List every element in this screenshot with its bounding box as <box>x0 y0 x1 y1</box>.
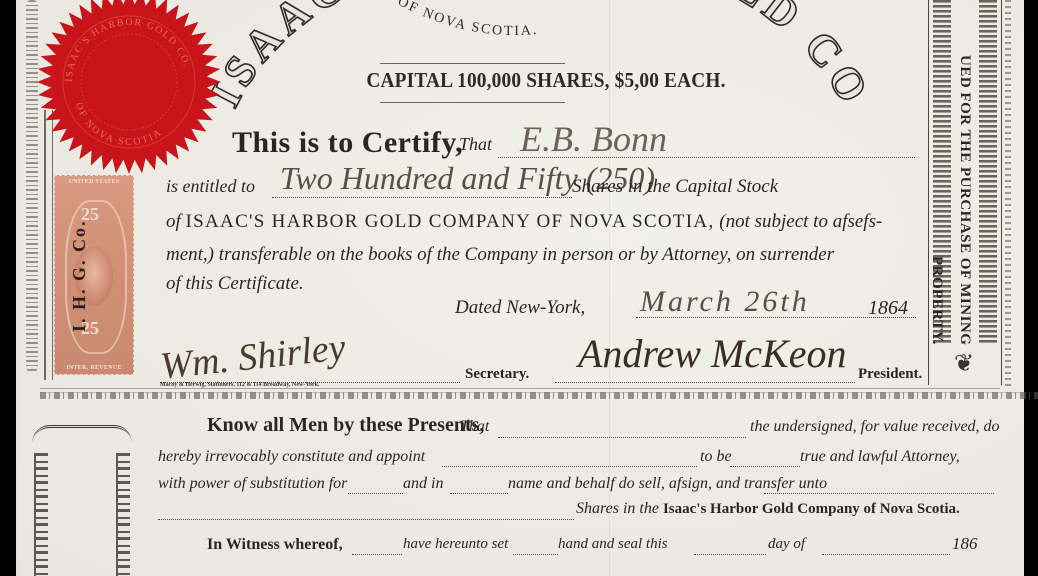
hereunto-text: have hereunto set <box>403 536 508 553</box>
pronoun-line <box>513 553 558 555</box>
pronoun-line <box>348 492 403 494</box>
capital-rule-top <box>380 63 565 64</box>
president-signature: Andrew McKeon <box>578 330 846 377</box>
holder-name: E.B. Bonn <box>520 118 667 160</box>
title-arc-graphic: ISAAC'S HARBOR GOLD CO. OF NOVA SCOTIA. <box>215 0 865 130</box>
president-label: President. <box>858 366 922 383</box>
date-written: March 26th <box>640 285 810 319</box>
stamp-bottom-text: INTER. REVENUE <box>59 365 129 371</box>
lawful-attorney-text: true and lawful Attorney, <box>800 448 960 466</box>
scroll-frame-column <box>116 453 130 576</box>
issue-year: 1864 <box>868 297 908 320</box>
scroll-frame-column <box>34 453 48 576</box>
capital-heading: CAPITAL 100,000 SHARES, $5,00 EACH. <box>334 68 757 93</box>
that-label: That <box>459 134 492 155</box>
attorney-name-line <box>442 465 697 467</box>
pronoun-line <box>730 465 800 467</box>
pronoun-line <box>352 553 402 555</box>
shares-in-line: Shares in the Isaac's Harbor Gold Compan… <box>576 500 960 518</box>
andin-text: and in <box>403 475 443 493</box>
chain-divider <box>40 392 1038 399</box>
svg-text:OF NOVA SCOTIA.: OF NOVA SCOTIA. <box>395 0 539 39</box>
power-text: with power of substitution for <box>158 475 347 493</box>
day-of-text: day of <box>768 536 805 553</box>
certify-heading: This is to Certify, <box>232 126 463 160</box>
certificate-text: of this Certificate. <box>166 273 304 295</box>
know-heading: Know all Men by these Presents, <box>207 414 484 437</box>
title-main-text: ISAAC'S HARBOR GOLD CO. <box>200 0 880 116</box>
seal-graphic: ISAAC'S HARBOR GOLD CO. OF NOVA SCOTIA <box>22 0 236 174</box>
side-panel: UED FOR THE PURCHASE OF MINING PROPERTY.… <box>928 0 1002 385</box>
hand-seal-text: hand and seal this <box>558 536 668 553</box>
company-name: ISAAC'S HARBOR GOLD COMPANY OF NOVA SCOT… <box>186 211 715 232</box>
name-behalf-text: name and behalf do sell, afsign, and tra… <box>508 475 827 493</box>
side-ornament-strip <box>979 0 997 345</box>
company-title: ISAAC'S HARBOR GOLD CO. OF NOVA SCOTIA. <box>215 0 865 130</box>
svg-text:ISAAC'S HARBOR GOLD CO.: ISAAC'S HARBOR GOLD CO. <box>200 0 880 116</box>
transfer-that-label: That <box>460 418 489 436</box>
year-prefix: 186 <box>952 534 978 554</box>
assessment-text: (not subject to afsefs- <box>719 211 882 232</box>
shares-suffix: Shares in the Capital Stock <box>572 176 778 198</box>
company-prefix: of <box>166 211 181 232</box>
entitled-label: is entitled to <box>166 176 255 197</box>
capital-rule-bottom <box>380 102 565 103</box>
share-count-line <box>158 518 574 520</box>
scroll-ornament-icon: ❦ <box>935 348 993 380</box>
month-line <box>822 553 950 555</box>
tobe-text: to be <box>700 448 732 466</box>
company-gothic: Isaac's Harbor Gold Company of Nova Scot… <box>663 501 960 517</box>
corporate-seal: ISAAC'S HARBOR GOLD CO. OF NOVA SCOTIA <box>22 0 236 174</box>
stamp-cancellation: I. H. G. Co. <box>69 196 95 356</box>
secretary-label: Secretary. <box>465 366 529 383</box>
right-chain-border <box>1005 0 1011 390</box>
transfer-text: ment,) transferable on the books of the … <box>166 244 834 266</box>
hereby-text: hereby irrevocably constitute and appoin… <box>158 448 425 466</box>
day-line <box>694 553 766 555</box>
witness-heading: In Witness whereof, <box>207 536 343 554</box>
undersigned-text: the undersigned, for value received, do <box>750 418 1000 436</box>
stamp-top-text: UNITED STATES <box>59 179 129 185</box>
transferor-line <box>498 436 746 438</box>
shares-in-text: Shares in the <box>576 500 659 517</box>
revenue-stamp: UNITED STATES 25 25 I. H. G. Co. INTER. … <box>54 175 134 375</box>
pronoun-line <box>450 492 508 494</box>
dated-label: Dated New-York, <box>455 297 585 319</box>
transferee-line <box>764 492 994 494</box>
company-line: of ISAAC'S HARBOR GOLD COMPANY OF NOVA S… <box>166 211 882 233</box>
scroll-ornament-frame <box>32 425 132 576</box>
president-line <box>555 381 855 383</box>
frame-bottom-rule <box>40 388 1000 389</box>
side-text: UED FOR THE PURCHASE OF MINING PROPERTY. <box>951 0 979 345</box>
title-sub-text: OF NOVA SCOTIA. <box>395 0 539 39</box>
